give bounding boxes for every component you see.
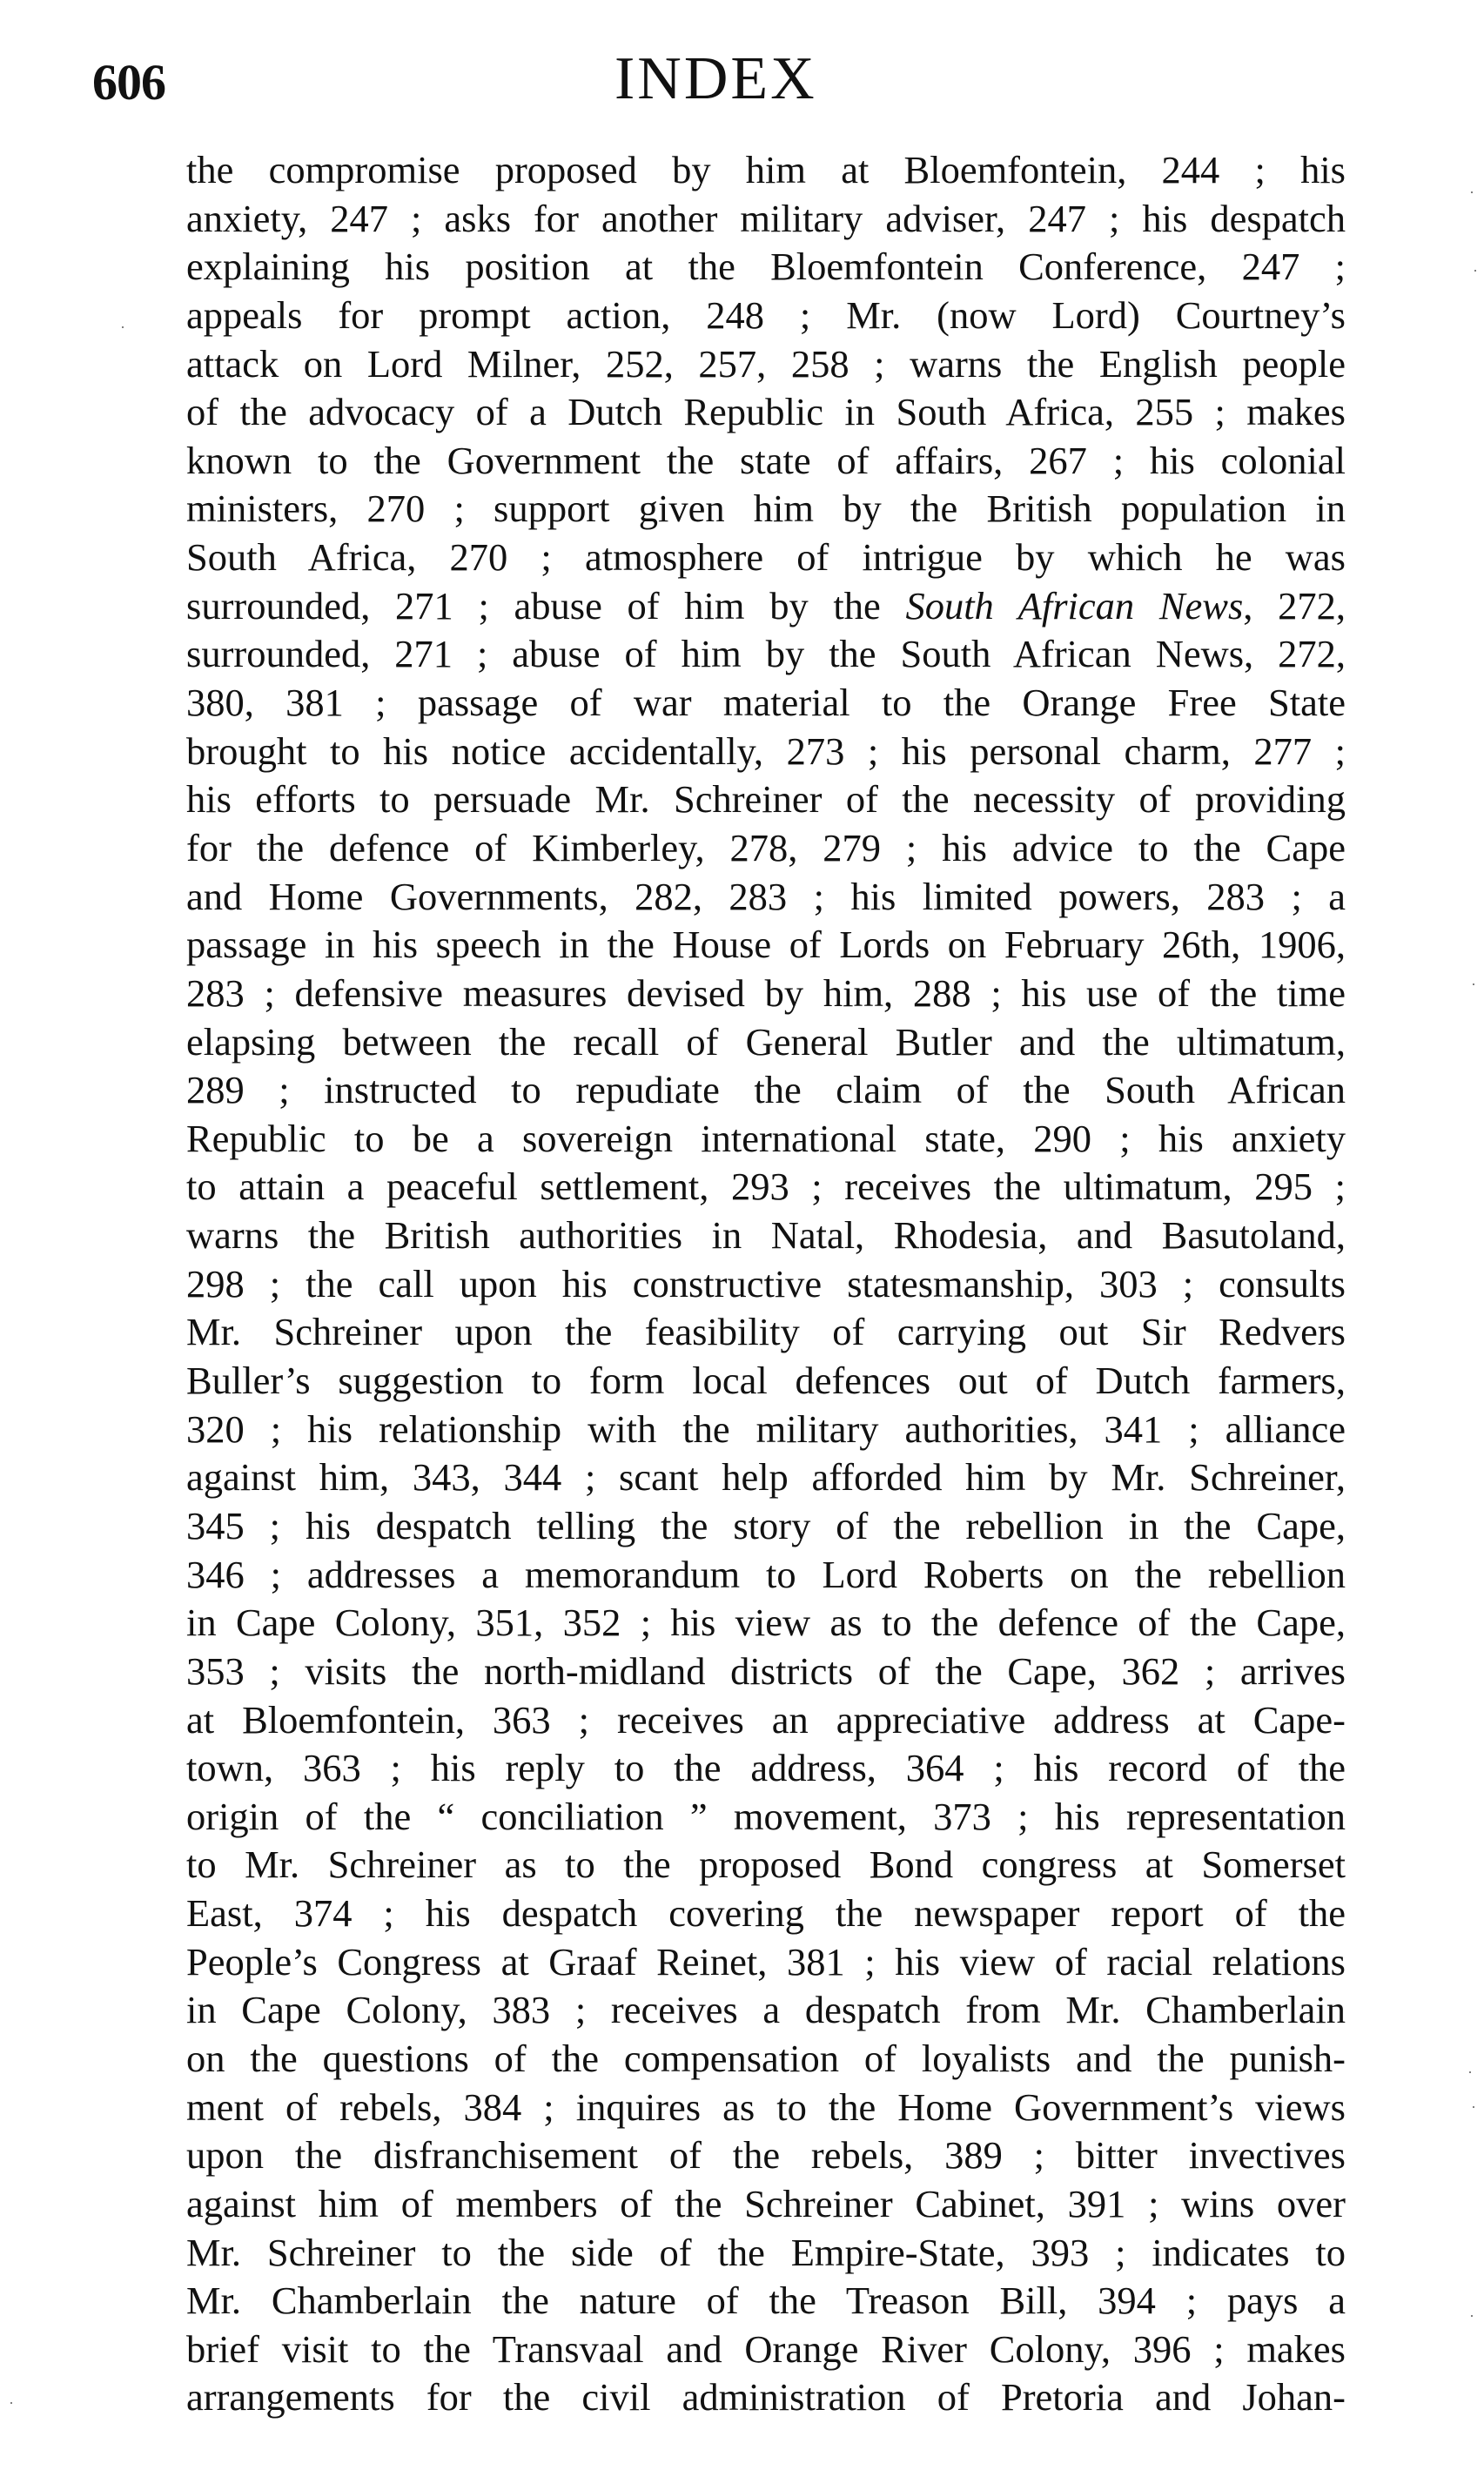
text-segment: , 272, (1243, 584, 1346, 628)
index-line: 289 ; instructed to repudiate the claim … (186, 1066, 1346, 1115)
index-line: against him, 343, 344 ; scant help affor… (186, 1453, 1346, 1502)
index-entry-text: the compromise proposed by him at Bloemf… (186, 146, 1346, 2422)
index-line: passage in his speech in the House of Lo… (186, 921, 1346, 970)
index-line: warns the British authorities in Natal, … (186, 1212, 1346, 1260)
newspaper-title-italic: South African News (905, 584, 1243, 628)
index-line: 283 ; defensive measures devised by him,… (186, 970, 1346, 1018)
index-line: Mr. Schreiner to the side of the Empire-… (186, 2229, 1346, 2278)
index-line: the compromise proposed by him at Bloemf… (186, 146, 1346, 195)
text-segment: surrounded, 271 ; abuse of him by the (186, 584, 905, 628)
index-line: ment of rebels, 384 ; inquires as to the… (186, 2084, 1346, 2132)
index-line: to Mr. Schreiner as to the proposed Bond… (186, 1841, 1346, 1889)
page-number: 606 (92, 57, 165, 108)
scan-speck (1473, 983, 1474, 985)
index-line: South Africa, 270 ; atmosphere of intrig… (186, 534, 1346, 582)
index-line: Mr. Schreiner upon the feasibility of ca… (186, 1308, 1346, 1357)
index-line: at Bloemfontein, 363 ; receives an appre… (186, 1696, 1346, 1745)
scan-speck (1473, 2106, 1474, 2108)
index-line: to attain a peaceful settlement, 293 ; r… (186, 1163, 1346, 1212)
index-line-with-italic-title: surrounded, 271 ; abuse of him by the So… (186, 582, 1346, 631)
index-line: appeals for prompt action, 248 ; Mr. (no… (186, 292, 1346, 340)
index-line: Buller’s suggestion to form local defenc… (186, 1357, 1346, 1406)
index-line: in Cape Colony, 383 ; receives a despatc… (186, 1986, 1346, 2035)
index-line: surrounded, 271 ; abuse of him by the So… (186, 630, 1346, 679)
scan-speck (1474, 270, 1476, 272)
index-line: 298 ; the call upon his constructive sta… (186, 1260, 1346, 1309)
index-line: on the questions of the compensation of … (186, 2035, 1346, 2084)
index-line: People’s Congress at Graaf Reinet, 381 ;… (186, 1938, 1346, 1987)
index-line: origin of the “ conciliation ” movement,… (186, 1793, 1346, 1842)
scan-speck (10, 2402, 12, 2404)
index-line: elapsing between the recall of General B… (186, 1018, 1346, 1067)
index-line: known to the Government the state of aff… (186, 437, 1346, 486)
scan-speck (1471, 191, 1473, 193)
index-line: brief visit to the Transvaal and Orange … (186, 2326, 1346, 2374)
index-line: Mr. Chamberlain the nature of the Treaso… (186, 2277, 1346, 2326)
index-line: for the defence of Kimberley, 278, 279 ;… (186, 824, 1346, 873)
index-line: East, 374 ; his despatch covering the ne… (186, 1889, 1346, 1938)
scan-speck (1469, 2071, 1471, 2073)
index-line: 345 ; his despatch telling the story of … (186, 1502, 1346, 1551)
running-head-title: INDEX (614, 49, 843, 110)
index-line: in Cape Colony, 351, 352 ; his view as t… (186, 1599, 1346, 1648)
scan-speck (122, 326, 124, 328)
index-line: his efforts to persuade Mr. Schreiner of… (186, 775, 1346, 824)
index-line: against him of members of the Schreiner … (186, 2180, 1346, 2229)
index-line: ministers, 270 ; support given him by th… (186, 485, 1346, 534)
index-line: anxiety, 247 ; asks for another military… (186, 195, 1346, 244)
scan-speck (1471, 2315, 1473, 2317)
index-line: attack on Lord Milner, 252, 257, 258 ; w… (186, 340, 1346, 389)
index-line: brought to his notice accidentally, 273 … (186, 728, 1346, 776)
index-line: 380, 381 ; passage of war material to th… (186, 679, 1346, 728)
index-line: explaining his position at the Bloemfont… (186, 243, 1346, 292)
index-line: 346 ; addresses a memorandum to Lord Rob… (186, 1551, 1346, 1600)
index-line: of the advocacy of a Dutch Republic in S… (186, 388, 1346, 437)
index-line: town, 363 ; his reply to the address, 36… (186, 1744, 1346, 1793)
index-line: 320 ; his relationship with the military… (186, 1406, 1346, 1454)
index-line: Republic to be a sovereign international… (186, 1115, 1346, 1164)
index-line: upon the disfranchisement of the rebels,… (186, 2131, 1346, 2180)
index-line: arrangements for the civil administratio… (186, 2373, 1346, 2422)
index-line: 353 ; visits the north-midland districts… (186, 1648, 1346, 1696)
index-line: and Home Governments, 282, 283 ; his lim… (186, 873, 1346, 922)
